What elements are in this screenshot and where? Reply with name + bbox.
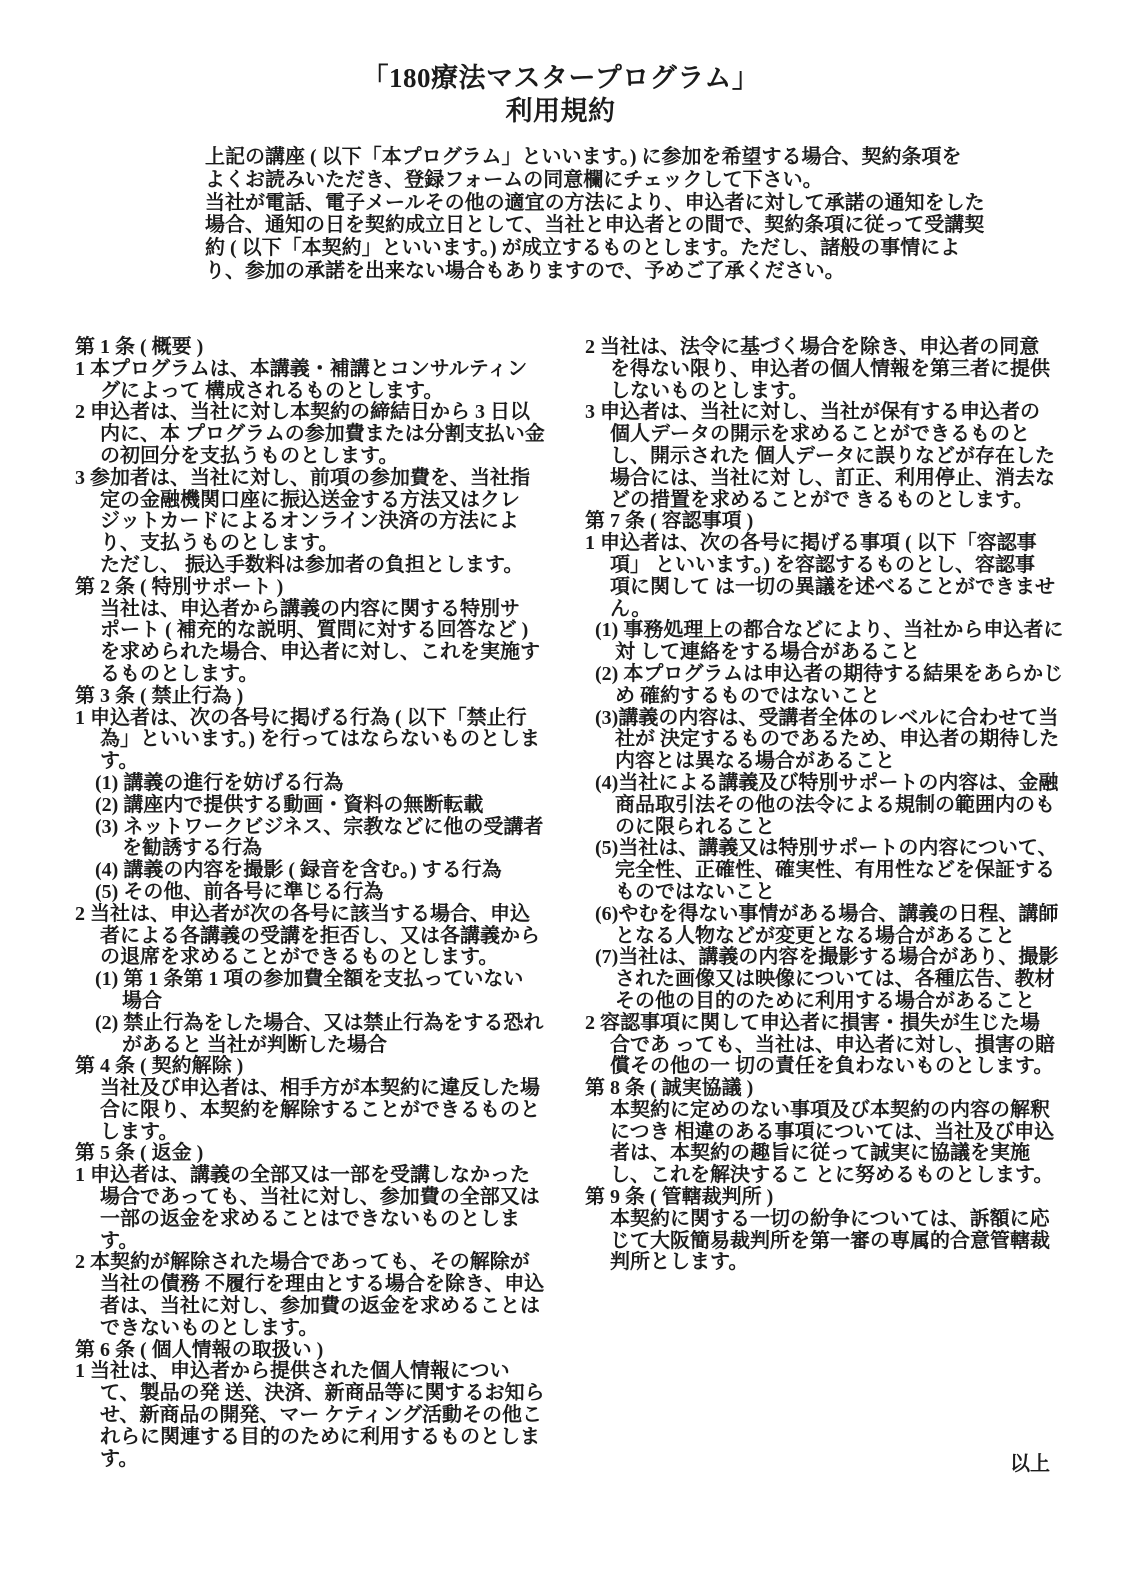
text-line: ものではないこと xyxy=(615,882,1105,904)
text-line: (4)当社による講義及び特別サポートの内容は、金融 xyxy=(595,773,1105,795)
text-line: り、支払うものとします。 xyxy=(100,533,580,555)
text-line: れらに関連する目的のために利用するものとしま xyxy=(100,1427,580,1449)
title-line-2: 利用規約 xyxy=(0,95,1121,128)
text-line: 本契約に関する一切の紛争については、訴額に応 xyxy=(610,1209,1105,1231)
text-line: 者は、当社に対し、参加費の返金を求めることは xyxy=(100,1296,580,1318)
text-line: よくお読みいただき、登録フォームの同意欄にチェックして下さい。 xyxy=(205,169,985,192)
text-line: 項」 といいます。) を容認するものとし、容認事 xyxy=(610,555,1105,577)
text-line: 対 して連絡をする場合があること xyxy=(615,642,1105,664)
document-title: 「180療法マスタープログラム」 利用規約 xyxy=(0,62,1121,128)
text-line: 当社及び申込者は、相手方が本契約に違反した場 xyxy=(100,1078,580,1100)
text-line: す。 xyxy=(100,751,580,773)
terms-column-right: 2 当社は、法令に基づく場合を除き、申込者の同意を得ない限り、申込者の個人情報を… xyxy=(585,337,1105,1274)
text-line: 3 申込者は、当社に対し、当社が保有する申込者の xyxy=(585,402,1105,424)
text-line: を求められた場合、申込者に対し、これを実施す xyxy=(100,642,580,664)
text-line: 完全性、正確性、確実性、有用性などを保証する xyxy=(615,860,1105,882)
text-line: (5)当社は、講義又は特別サポートの内容について、 xyxy=(595,838,1105,860)
text-line: 定の金融機関口座に振込送金する方法又はクレ xyxy=(100,490,580,512)
text-line: 2 当社は、法令に基づく場合を除き、申込者の同意 xyxy=(585,337,1105,359)
text-line: 1 本プログラムは、本講義・補講とコンサルティン xyxy=(75,359,580,381)
text-line: の退席を求めることができるものとします。 xyxy=(100,947,580,969)
text-line: 者による各講義の受講を拒否し、又は各講義から xyxy=(100,926,580,948)
text-line: め 確約するものではないこと xyxy=(615,686,1105,708)
text-line: 第 4 条 ( 契約解除 ) xyxy=(75,1056,580,1078)
text-line: があると 当社が判断した場合 xyxy=(122,1035,580,1057)
text-line: 当社の債務 不履行を理由とする場合を除き、申込 xyxy=(100,1274,580,1296)
text-line: 上記の講座 ( 以下「本プログラム」といいます。) に参加を希望する場合、契約条… xyxy=(205,146,985,169)
text-line: できないものとします。 xyxy=(100,1318,580,1340)
text-line: ただし、 振込手数料は参加者の負担とします。 xyxy=(100,555,580,577)
text-line: しないものとします。 xyxy=(610,381,1105,403)
text-line: 内に、本 プログラムの参加費または分割支払い金 xyxy=(100,424,580,446)
text-line: を勧誘する行為 xyxy=(122,838,580,860)
text-line: された画像又は映像については、各種広告、教材 xyxy=(615,969,1105,991)
text-line: 第 1 条 ( 概要 ) xyxy=(75,337,580,359)
text-line: の初回分を支払うものとします。 xyxy=(100,446,580,468)
text-line: ポート ( 補充的な説明、質問に対する回答など ) xyxy=(100,620,580,642)
text-line: グによって 構成されるものとします。 xyxy=(100,381,580,403)
text-line: 第 2 条 ( 特別サポート ) xyxy=(75,577,580,599)
text-line: (5) その他、前各号に準じる行為 xyxy=(95,882,580,904)
text-line: (1) 第 1 条第 1 項の参加費全額を支払っていない xyxy=(95,969,580,991)
text-line: 項に関して は一切の異議を述べることができませ xyxy=(610,577,1105,599)
text-line: のに限られること xyxy=(615,817,1105,839)
text-line: るものとします。 xyxy=(100,664,580,686)
text-line: 社が 決定するものであるため、申込者の期待した xyxy=(615,729,1105,751)
text-line: ん。 xyxy=(610,599,1105,621)
text-line: し、これを解決するこ とに努めるものとします。 xyxy=(610,1165,1105,1187)
text-line: その他の目的のために利用する場合があること xyxy=(615,991,1105,1013)
text-line: となる人物などが変更となる場合があること xyxy=(615,926,1105,948)
text-line: を得ない限り、申込者の個人情報を第三者に提供 xyxy=(610,359,1105,381)
text-line: 3 参加者は、当社に対し、前項の参加費を、当社指 xyxy=(75,468,580,490)
text-line: につき 相違のある事項については、当社及び申込 xyxy=(610,1122,1105,1144)
text-line: (2) 禁止行為をした場合、又は禁止行為をする恐れ xyxy=(95,1013,580,1035)
text-line: 本契約に定めのない事項及び本契約の内容の解釈 xyxy=(610,1100,1105,1122)
text-line: し、開示された 個人データに誤りなどが存在した xyxy=(610,446,1105,468)
text-line: り、参加の承諾を出来ない場合もありますので、予めご了承ください。 xyxy=(205,260,985,283)
terms-column-left: 第 1 条 ( 概要 )1 本プログラムは、本講義・補講とコンサルティングによっ… xyxy=(75,337,580,1470)
text-line: 当社が電話、電子メールその他の適宜の方法により、申込者に対して承諾の通知をした xyxy=(205,192,985,215)
text-line: 判所とします。 xyxy=(610,1252,1105,1274)
text-line: せ、新商品の開発、マー ケティング活動その他こ xyxy=(100,1405,580,1427)
text-line: 場合 xyxy=(122,991,580,1013)
text-line: どの措置を求めることがで きるものとします。 xyxy=(610,490,1105,512)
text-line: (6)やむを得ない事情がある場合、講義の日程、講師 xyxy=(595,904,1105,926)
text-line: 2 容認事項に関して申込者に損害・損失が生じた場 xyxy=(585,1013,1105,1035)
intro-paragraph: 上記の講座 ( 以下「本プログラム」といいます。) に参加を希望する場合、契約条… xyxy=(205,146,985,283)
text-line: (3)講義の内容は、受講者全体のレベルに合わせて当 xyxy=(595,708,1105,730)
text-line: 個人データの開示を求めることができるものと xyxy=(610,424,1105,446)
text-line: (7)当社は、講義の内容を撮影する場合があり、撮影 xyxy=(595,947,1105,969)
text-line: 者は、本契約の趣旨に従って誠実に協議を実施 xyxy=(610,1143,1105,1165)
text-line: 第 3 条 ( 禁止行為 ) xyxy=(75,686,580,708)
text-line: す。 xyxy=(100,1231,580,1253)
text-line: 為」といいます。) を行ってはならないものとしま xyxy=(100,729,580,751)
text-line: ジットカードによるオンライン決済の方法によ xyxy=(100,511,580,533)
text-line: 商品取引法その他の法令による規制の範囲内のも xyxy=(615,795,1105,817)
text-line: 1 申込者は、次の各号に掲げる事項 ( 以下「容認事 xyxy=(585,533,1105,555)
text-line: (1) 講義の進行を妨げる行為 xyxy=(95,773,580,795)
document-page: 「180療法マスタープログラム」 利用規約 上記の講座 ( 以下「本プログラム」… xyxy=(0,0,1121,1586)
text-line: じて大阪簡易裁判所を第一審の専属的合意管轄裁 xyxy=(610,1231,1105,1253)
text-line: 第 6 条 ( 個人情報の取扱い ) xyxy=(75,1340,580,1362)
text-line: 合であ っても、当社は、申込者に対し、損害の賠 xyxy=(610,1035,1105,1057)
text-line: 場合には、当社に対 し、訂正、利用停止、消去な xyxy=(610,468,1105,490)
text-line: 内容とは異なる場合があること xyxy=(615,751,1105,773)
text-line: 2 本契約が解除された場合であっても、その解除が xyxy=(75,1252,580,1274)
text-line: 第 8 条 ( 誠実協議 ) xyxy=(585,1078,1105,1100)
text-line: 一部の返金を求めることはできないものとしま xyxy=(100,1209,580,1231)
text-line: (2) 本プログラムは申込者の期待する結果をあらかじ xyxy=(595,664,1105,686)
text-line: 1 申込者は、次の各号に掲げる行為 ( 以下「禁止行 xyxy=(75,708,580,730)
title-line-1: 「180療法マスタープログラム」 xyxy=(0,62,1121,95)
text-line: す。 xyxy=(100,1449,580,1471)
text-line: (1) 事務処理上の都合などにより、当社から申込者に xyxy=(595,620,1105,642)
text-line: (4) 講義の内容を撮影 ( 録音を含む。) する行為 xyxy=(95,860,580,882)
text-line: 第 7 条 ( 容認事項 ) xyxy=(585,511,1105,533)
text-line: て、製品の発 送、決済、新商品等に関するお知ら xyxy=(100,1383,580,1405)
text-line: 場合であっても、当社に対し、参加費の全部又は xyxy=(100,1187,580,1209)
text-line: 第 5 条 ( 返金 ) xyxy=(75,1143,580,1165)
text-line: 第 9 条 ( 管轄裁判所 ) xyxy=(585,1187,1105,1209)
text-line: 2 申込者は、当社に対し本契約の締結日から 3 日以 xyxy=(75,402,580,424)
text-line: します。 xyxy=(100,1122,580,1144)
text-line: 1 申込者は、講義の全部又は一部を受講しなかった xyxy=(75,1165,580,1187)
footer-closing: 以上 xyxy=(1010,1447,1050,1476)
text-line: (2) 講座内で提供する動画・資料の無断転載 xyxy=(95,795,580,817)
text-line: 約 ( 以下「本契約」といいます。) が成立するものとします。ただし、諸般の事情… xyxy=(205,237,985,260)
text-line: (3) ネットワークビジネス、宗教などに他の受講者 xyxy=(95,817,580,839)
text-line: 場合、通知の日を契約成立日として、当社と申込者との間で、契約条項に従って受講契 xyxy=(205,214,985,237)
text-line: 1 当社は、申込者から提供された個人情報につい xyxy=(75,1361,580,1383)
text-line: 当社は、申込者から講義の内容に関する特別サ xyxy=(100,599,580,621)
text-line: 償その他の一 切の責任を負わないものとします。 xyxy=(610,1056,1105,1078)
text-line: 2 当社は、申込者が次の各号に該当する場合、申込 xyxy=(75,904,580,926)
text-line: 合に限り、本契約を解除することができるものと xyxy=(100,1100,580,1122)
